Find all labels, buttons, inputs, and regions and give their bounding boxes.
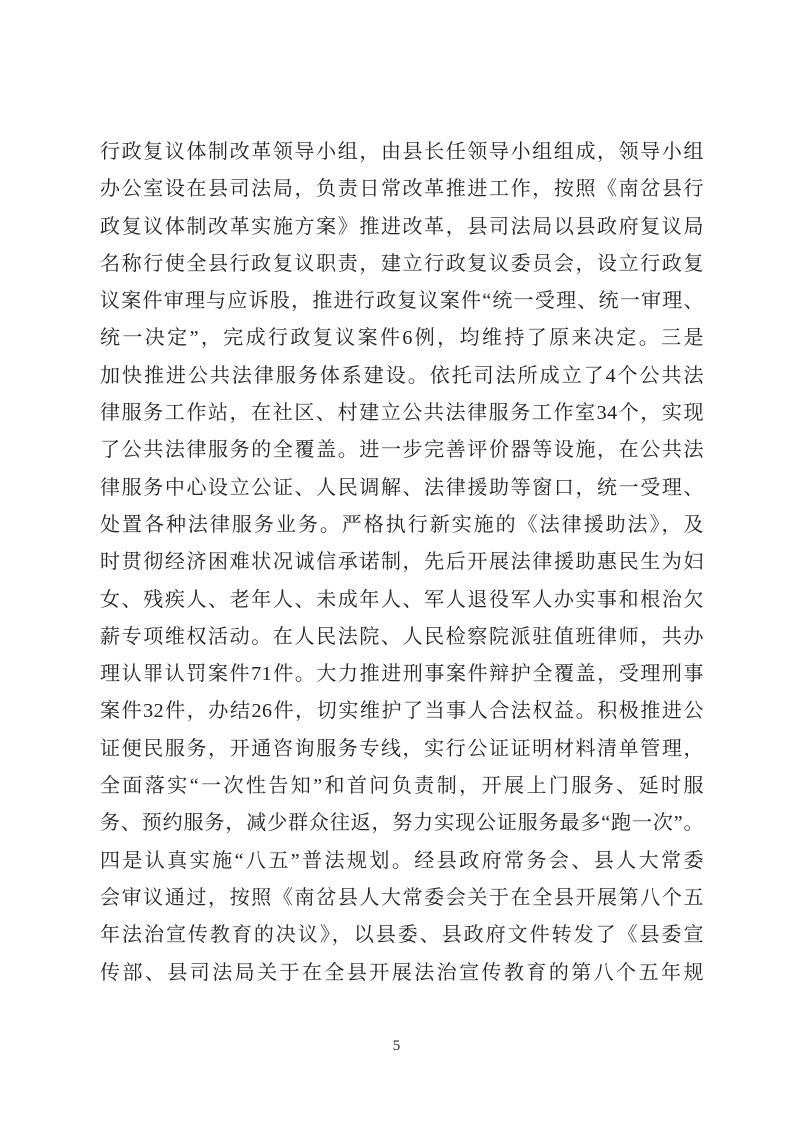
text-line: 会审议通过，按照《南岔县人大常委会关于在全县开展第八个五 [100,880,704,917]
text-line: 薪专项维权活动。在人民法院、人民检察院派驻值班律师，共办 [100,619,704,656]
text-line: 名称行使全县行政复议职责，建立行政复议委员会，设立行政复 [100,246,704,283]
page-number: 5 [393,1036,401,1056]
text-line: 政复议体制改革实施方案》推进改革，县司法局以县政府复议局 [100,209,704,246]
text-line: 案件32件，办结26件，切实维护了当事人合法权益。积极推进公 [100,693,704,730]
text-line: 年法治宣传教育的决议》，以县委、县政府文件转发了《县委宣 [100,917,704,954]
text-line: 全面落实“一次性告知”和首问负责制，开展上门服务、延时服 [100,768,704,805]
text-line: 办公室设在县司法局，负责日常改革推进工作，按照《南岔县行 [100,171,704,208]
text-line: 时贯彻经济困难状况诚信承诺制，先后开展法律援助惠民生为妇 [100,544,704,581]
text-line: 理认罪认罚案件71件。大力推进刑事案件辩护全覆盖，受理刑事 [100,656,704,693]
text-line: 律服务中心设立公证、人民调解、法律援助等窗口，统一受理、 [100,470,704,507]
text-line: 务、预约服务，减少群众往返，努力实现公证服务最多“跑一次”。 [100,805,704,842]
document-page: 行政复议体制改革领导小组，由县长任领导小组组成，领导小组 办公室设在县司法局，负… [0,0,793,1122]
page-footer: 5 [0,1036,793,1056]
text-line: 证便民服务，开通咨询服务专线，实行公证证明材料清单管理， [100,731,704,768]
text-line: 律服务工作站，在社区、村建立公共法律服务工作室34个，实现 [100,395,704,432]
text-line: 了公共法律服务的全覆盖。进一步完善评价器等设施，在公共法 [100,432,704,469]
text-line: 传部、县司法局关于在全县开展法治宣传教育的第八个五年规 [100,955,704,992]
body-text-block: 行政复议体制改革领导小组，由县长任领导小组组成，领导小组 办公室设在县司法局，负… [100,134,704,992]
text-line: 处置各种法律服务业务。严格执行新实施的《法律援助法》，及 [100,507,704,544]
text-line: 议案件审理与应诉股，推进行政复议案件“统一受理、统一审理、 [100,283,704,320]
text-line: 加快推进公共法律服务体系建设。依托司法所成立了4个公共法 [100,358,704,395]
text-line: 行政复议体制改革领导小组，由县长任领导小组组成，领导小组 [100,134,704,171]
text-line: 女、残疾人、老年人、未成年人、军人退役军人办实事和根治欠 [100,582,704,619]
text-line: 统一决定”，完成行政复议案件6例，均维持了原来决定。三是 [100,320,704,357]
text-line: 四是认真实施“八五”普法规划。经县政府常务会、县人大常委 [100,843,704,880]
